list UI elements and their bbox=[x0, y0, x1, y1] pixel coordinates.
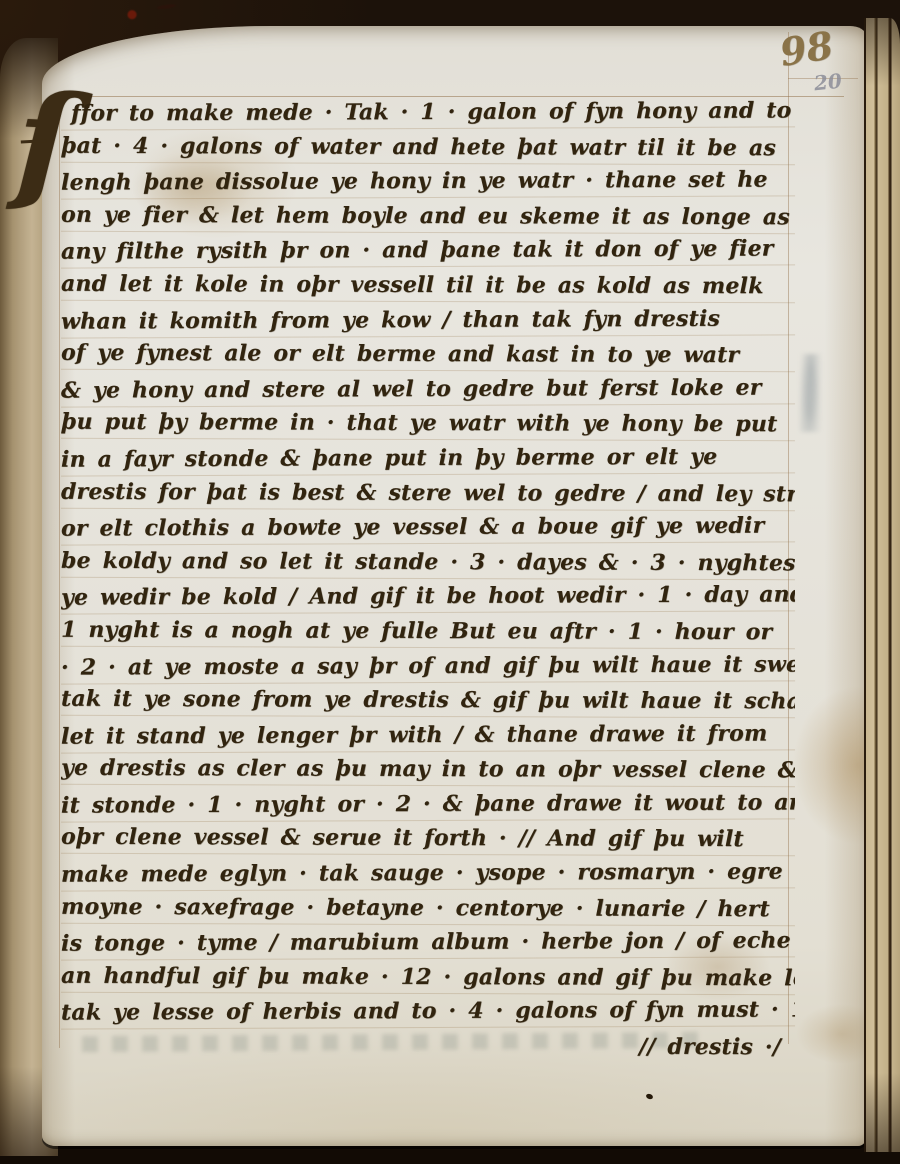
manuscript-line: 1 nyght is a nogh at ye fulle But eu aft… bbox=[61, 612, 795, 649]
manuscript-line: in a fayr stonde & þane put in þy berme … bbox=[61, 438, 795, 476]
folio-number-pencil: 20 bbox=[813, 69, 843, 96]
ink-spot bbox=[645, 1093, 653, 1100]
ruling-left-margin bbox=[59, 96, 60, 1048]
manuscript-line: þat · 4 · galons of water and hete þat w… bbox=[61, 127, 795, 164]
manuscript-final-line: // drestis ·/ bbox=[61, 1027, 795, 1064]
manuscript-line: any filthe rysith þr on · and þane tak i… bbox=[61, 231, 795, 269]
manuscript-line: is tonge · tyme / marubium album · herbe… bbox=[61, 923, 795, 961]
manuscript-line: · 2 · at ye moste a say þr of and gif þu… bbox=[61, 646, 795, 684]
folio-number-ink: 98 bbox=[777, 22, 836, 75]
manuscript-line: & ye hony and stere al wel to gedre but … bbox=[61, 369, 795, 407]
manuscript-photo: 98 20 ſ ffor to make mede · Tak · 1 · ga… bbox=[0, 0, 900, 1164]
manuscript-line: oþr clene vessel & serue it forth · // A… bbox=[61, 819, 795, 856]
manuscript-line: tak it ye sone from ye drestis & gif þu … bbox=[61, 681, 795, 718]
manuscript-line: or elt clothis a bowte ye vessel & a bou… bbox=[61, 508, 795, 546]
fore-edge-page-stack bbox=[864, 18, 900, 1152]
manuscript-line: moyne · saxefrage · betayne · centorye ·… bbox=[61, 888, 795, 925]
verso-bleed-through bbox=[800, 354, 822, 432]
manuscript-line: make mede eglyn · tak sauge · ysope · ro… bbox=[61, 853, 795, 891]
manuscript-line: of ye fynest ale or elt berme and kast i… bbox=[61, 335, 795, 372]
manuscript-line: on ye fier & let hem boyle and eu skeme … bbox=[61, 197, 795, 234]
manuscript-line: ye wedir be kold / And gif it be hoot we… bbox=[61, 577, 795, 615]
manuscript-line: it stonde · 1 · nyght or · 2 · & þane dr… bbox=[61, 784, 795, 822]
manuscript-line: ye drestis as cler as þu may in to an oþ… bbox=[61, 750, 795, 787]
manuscript-line: drestis for þat is best & stere wel to g… bbox=[61, 473, 795, 510]
manuscript-line: tak ye lesse of herbis and to · 4 · galo… bbox=[61, 992, 795, 1030]
manuscript-line: þu put þy berme in · that ye watr with y… bbox=[61, 404, 795, 441]
manuscript-line: and let it kole in oþr vessell til it be… bbox=[61, 266, 795, 303]
manuscript-line: be koldy and so let it stande · 3 · daye… bbox=[61, 542, 795, 579]
manuscript-line: lengh þane dissolue ye hony in ye watr ·… bbox=[61, 162, 795, 200]
manuscript-line: an handful gif þu make · 12 · galons and… bbox=[61, 958, 795, 995]
text-block: ffor to make mede · Tak · 1 · galon of f… bbox=[61, 94, 795, 1063]
manuscript-line: let it stand ye lenger þr with / & thane… bbox=[61, 715, 795, 753]
manuscript-page: 98 20 ſ ffor to make mede · Tak · 1 · ga… bbox=[42, 26, 866, 1146]
manuscript-line: ffor to make mede · Tak · 1 · galon of f… bbox=[61, 92, 795, 130]
binding-red-speck bbox=[121, 0, 187, 22]
initial-paraph-mark: ſ bbox=[12, 81, 62, 233]
manuscript-line: whan it komith from ye kow / than tak fy… bbox=[61, 300, 795, 338]
